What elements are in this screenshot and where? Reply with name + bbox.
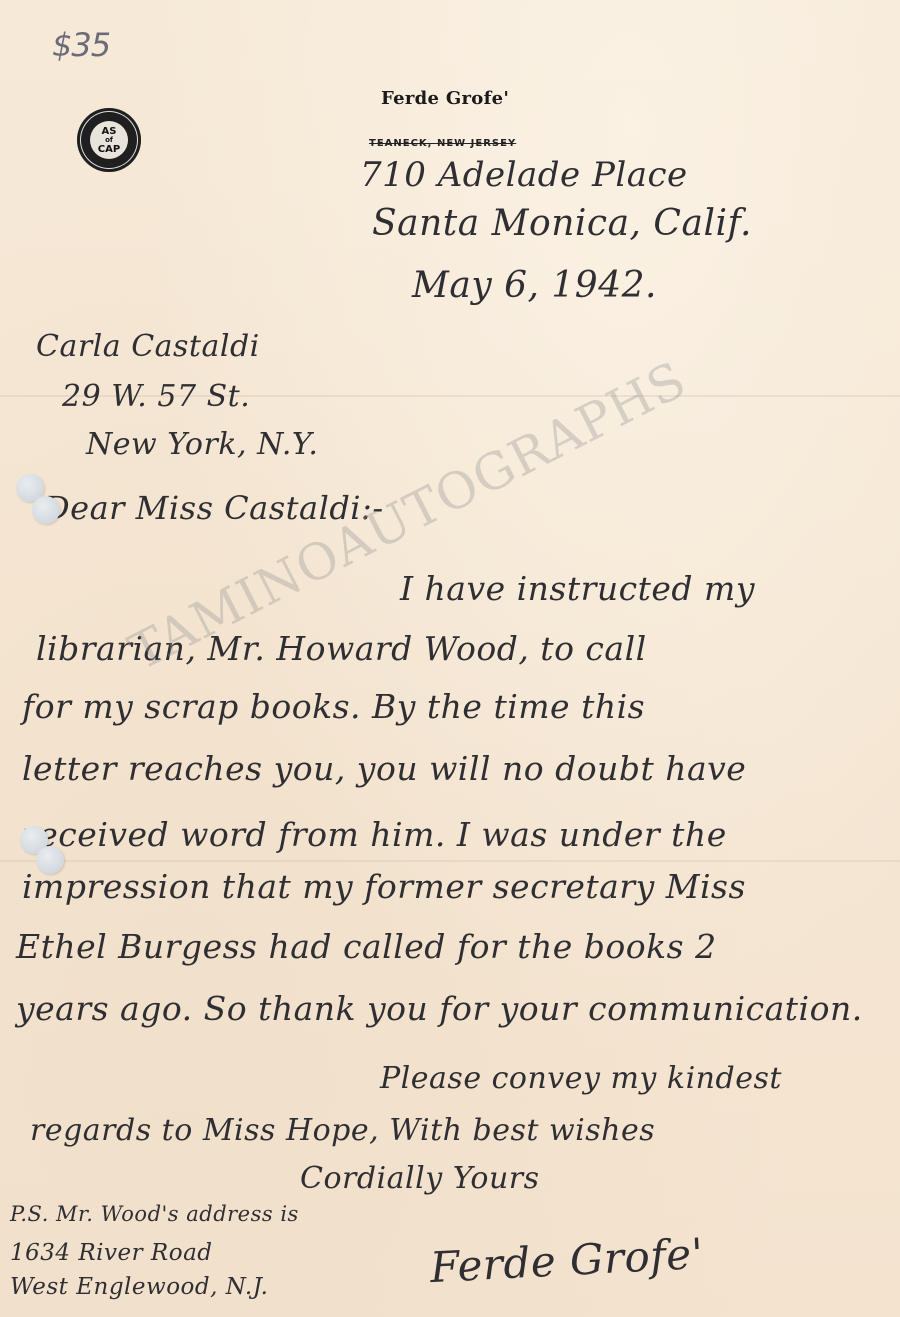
- body-line: letter reaches you, you will no doubt ha…: [22, 752, 746, 785]
- letter-date: May 6, 1942.: [412, 268, 657, 304]
- body-line: received word from him. I was under the: [22, 818, 727, 851]
- punch-hole: [36, 846, 64, 874]
- letterhead-city-struck: TEANECK, NEW JERSEY: [369, 138, 516, 149]
- postscript-line: 1634 River Road: [10, 1242, 213, 1265]
- seal-text: CAP: [90, 144, 128, 155]
- punch-hole: [32, 496, 60, 524]
- body-line: impression that my former secretary Miss: [22, 870, 746, 903]
- sender-address-line2: Santa Monica, Calif.: [372, 206, 752, 242]
- body-line: regards to Miss Hope, With best wishes: [30, 1116, 655, 1146]
- body-line: years ago. So thank you for your communi…: [16, 992, 863, 1025]
- postscript-line: P.S. Mr. Wood's address is: [10, 1204, 299, 1225]
- body-line: for my scrap books. By the time this: [22, 690, 645, 723]
- recipient-name: Carla Castaldi: [36, 332, 260, 362]
- closing: Cordially Yours: [300, 1164, 540, 1194]
- body-line: I have instructed my: [400, 572, 755, 605]
- letterhead-name: Ferde Grofe': [381, 88, 509, 109]
- paper-fold-line: [0, 860, 900, 862]
- recipient-city: New York, N.Y.: [86, 430, 318, 460]
- seal-text: AS: [90, 126, 128, 137]
- body-line: Please convey my kindest: [380, 1064, 782, 1094]
- postscript-line: West Englewood, N.J.: [10, 1276, 268, 1299]
- ascap-seal-icon: AS of CAP: [77, 108, 141, 172]
- body-line: Ethel Burgess had called for the books 2: [16, 930, 717, 963]
- sender-address-line1: 710 Adelade Place: [360, 158, 688, 192]
- price-note: $35: [52, 26, 110, 64]
- salutation: Dear Miss Castaldi:-: [44, 492, 384, 524]
- seal-text: of: [90, 137, 128, 144]
- recipient-street: 29 W. 57 St.: [62, 382, 250, 412]
